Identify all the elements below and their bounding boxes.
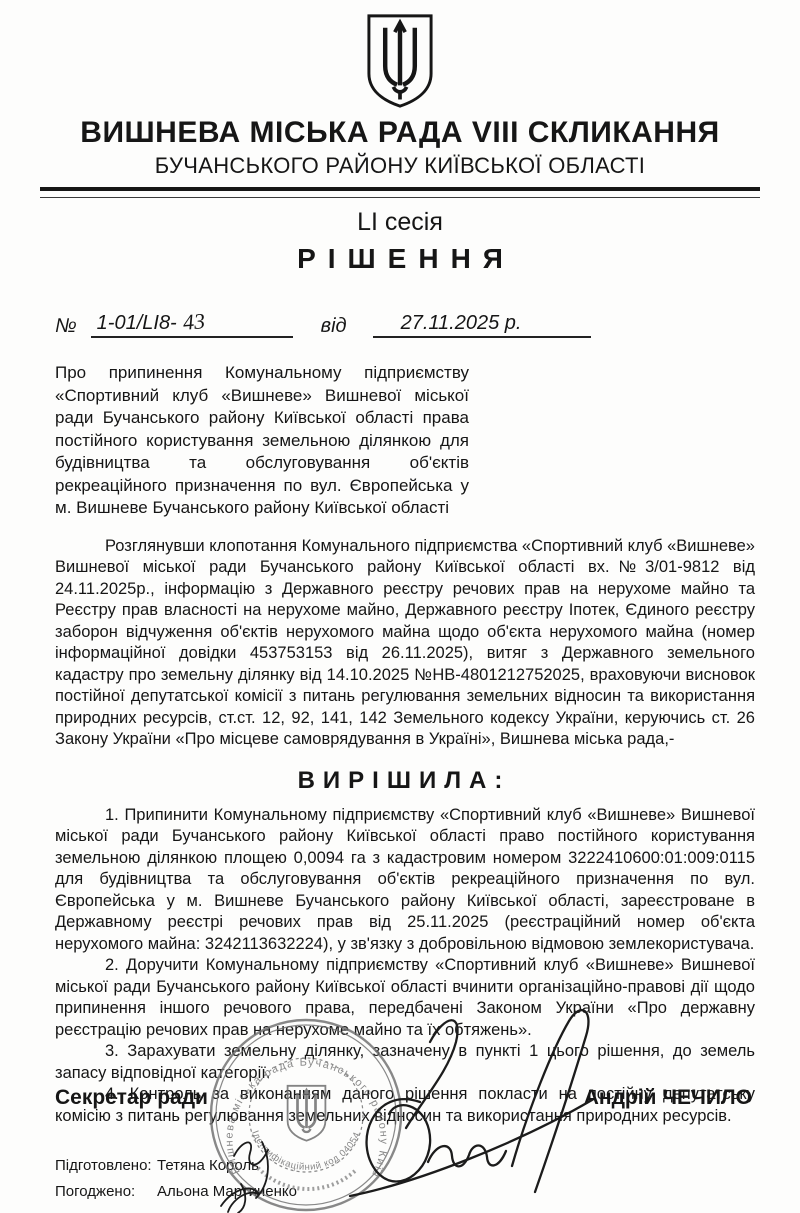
resolution-item-2: 2. Доручити Комунальному підприємству «С… (55, 955, 755, 1041)
resolution-item-3: 3. Зарахувати земельну ділянку, зазначен… (55, 1041, 755, 1084)
emblem-container (0, 0, 800, 110)
preamble-paragraph: Розглянувши клопотання Комунального підп… (55, 536, 755, 751)
signature-row: Секретар ради Андрій ЧЕЧИЛО (55, 1086, 752, 1110)
number-date-line: № 1-01/LI8-43 від 27.11.2025 р. (55, 309, 800, 338)
subject-paragraph: Про припинення Комунальному підприємству… (55, 362, 469, 520)
council-title: ВИШНЕВА МІСЬКА РАДА VIII СКЛИКАННЯ (0, 116, 800, 150)
prepared-label: Підготовлено: (55, 1156, 157, 1176)
approved-row: Погоджено: Альона Мартиненко (55, 1182, 297, 1202)
signer-role: Секретар ради (55, 1086, 208, 1110)
trident-shield-icon (363, 12, 437, 110)
preamble-block: Розглянувши клопотання Комунального підп… (55, 536, 755, 751)
council-subtitle: БУЧАНСЬКОГО РАЙОНУ КИЇВСЬКОЇ ОБЛАСТІ (0, 153, 800, 179)
prepared-row: Підготовлено: Тетяна Король (55, 1156, 297, 1176)
resolution-heading: ВИРІШИЛА: (0, 767, 800, 795)
prepared-name: Тетяна Король (157, 1156, 259, 1176)
approved-name: Альона Мартиненко (157, 1182, 297, 1202)
approved-label: Погоджено: (55, 1182, 157, 1202)
resolution-item-1: 1. Припинити Комунальному підприємству «… (55, 805, 755, 956)
session-line: LI сесія (0, 208, 800, 237)
footer-block: Підготовлено: Тетяна Король Погоджено: А… (55, 1150, 297, 1202)
document-number: 1-01/LI8-43 (91, 309, 293, 338)
document-type-heading: РІШЕННЯ (0, 243, 800, 275)
vid-label: від (321, 315, 347, 338)
number-sign: № (55, 315, 77, 338)
handwritten-number: 43 (182, 308, 206, 336)
signer-name: Андрій ЧЕЧИЛО (584, 1086, 752, 1110)
header-divider (40, 187, 760, 198)
document-date: 27.11.2025 р. (373, 312, 591, 338)
resolution-items: 1. Припинити Комунальному підприємству «… (55, 805, 755, 1128)
document-page: ВИШНЕВА МІСЬКА РАДА VIII СКЛИКАННЯ БУЧАН… (0, 0, 800, 1213)
